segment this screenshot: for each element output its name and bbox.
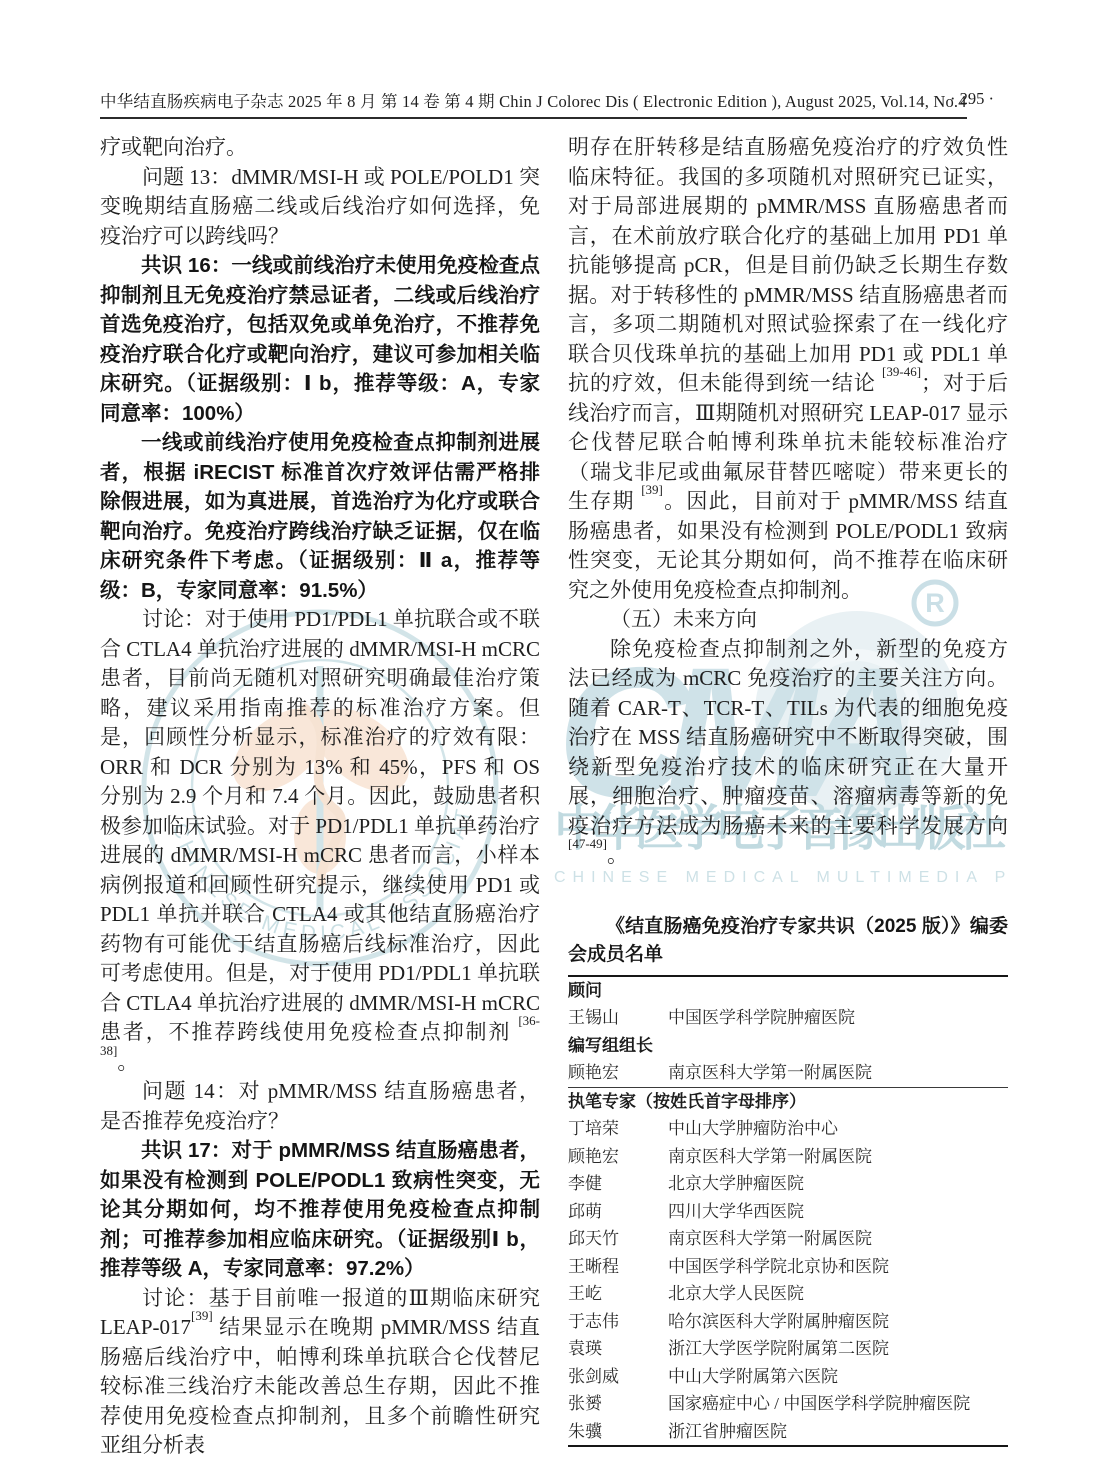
member-affiliation: 哈尔滨医科大学附属肿瘤医院 — [668, 1308, 1008, 1336]
committee-group-header: 执笔专家（按姓氏首字母排序） — [568, 1088, 1008, 1116]
right-column-paragraphs: 明存在肝转移是结直肠癌免疫治疗的疗效负性临床特征。我国的多项随机对照研究已证实，… — [568, 133, 1008, 871]
page-header: 中华结直肠疾病电子杂志 2025 年 8 月 第 14 卷 第 4 期 Chin… — [100, 88, 1008, 119]
committee-table: 顾问王锡山中国医学科学院肿瘤医院编写组组长顾艳宏南京医科大学第一附属医院执笔专家… — [568, 975, 1008, 1448]
member-name: 张剑威 — [568, 1363, 668, 1391]
member-affiliation: 浙江省肿瘤医院 — [668, 1418, 1008, 1446]
paragraph: 明存在肝转移是结直肠癌免疫治疗的疗效负性临床特征。我国的多项随机对照研究已证实，… — [568, 133, 1008, 605]
committee-row: 丁培荣中山大学肿瘤防治中心 — [568, 1115, 1008, 1143]
member-name: 李健 — [568, 1170, 668, 1198]
member-name: 邱萌 — [568, 1198, 668, 1226]
committee-row: 邱天竹南京医科大学第一附属医院 — [568, 1225, 1008, 1253]
member-affiliation: 南京医科大学第一附属医院 — [668, 1143, 1008, 1171]
paragraph: 疗或靶向治疗。 — [100, 133, 540, 163]
member-name: 朱骥 — [568, 1418, 668, 1446]
paragraph: 讨论：基于目前唯一报道的Ⅲ期临床研究 LEAP-017[39] 结果显示在晚期 … — [100, 1284, 540, 1461]
committee-section-block: 《结直肠癌免疫治疗专家共识（2025 版）》编委会成员名单 顾问王锡山中国医学科… — [568, 913, 1008, 1448]
member-affiliation: 中山大学附属第六医院 — [668, 1363, 1008, 1391]
member-affiliation: 南京医科大学第一附属医院 — [668, 1059, 1008, 1087]
member-affiliation: 北京大学人民医院 — [668, 1280, 1008, 1308]
member-affiliation: 中国医学科学院北京协和医院 — [668, 1253, 1008, 1281]
member-name: 于志伟 — [568, 1308, 668, 1336]
member-name: 邱天竹 — [568, 1225, 668, 1253]
member-name: 顾艳宏 — [568, 1143, 668, 1171]
paragraph: 共识 16：一线或前线治疗未使用免疫检查点抑制剂且无免疫治疗禁忌证者，二线或后线… — [100, 251, 540, 428]
paragraph: 一线或前线治疗使用免疫检查点抑制剂进展者，根据 iRECIST 标准首次疗效评估… — [100, 428, 540, 605]
committee-row: 张赟国家癌症中心 / 中国医学科学院肿瘤医院 — [568, 1390, 1008, 1418]
paragraph: 问题 14：对 pMMR/MSS 结直肠癌患者，是否推荐免疫治疗？ — [100, 1077, 540, 1136]
page-number: · 295 · — [950, 89, 994, 109]
paragraph: 问题 13：dMMR/MSI-H 或 POLE/POLD1 突变晚期结直肠癌二线… — [100, 163, 540, 252]
member-affiliation: 浙江大学医学院附属第二医院 — [668, 1335, 1008, 1363]
left-column: 疗或靶向治疗。问题 13：dMMR/MSI-H 或 POLE/POLD1 突变晚… — [100, 133, 540, 1461]
committee-group-header: 编写组组长 — [568, 1032, 1008, 1060]
committee-row: 邱萌四川大学华西医院 — [568, 1198, 1008, 1226]
committee-row: 袁瑛浙江大学医学院附属第二医院 — [568, 1335, 1008, 1363]
member-name: 王屹 — [568, 1280, 668, 1308]
paragraph: （五）未来方向 — [568, 605, 1008, 635]
paragraph: 讨论：对于使用 PD1/PDL1 单抗联合或不联合 CTLA4 单抗治疗进展的 … — [100, 605, 540, 1077]
committee-row: 于志伟哈尔滨医科大学附属肿瘤医院 — [568, 1308, 1008, 1336]
member-name: 张赟 — [568, 1390, 668, 1418]
paragraph: 除免疫检查点抑制剂之外，新型的免疫方法已经成为 mCRC 免疫治疗的主要关注方向… — [568, 635, 1008, 871]
committee-row: 李健北京大学肿瘤医院 — [568, 1170, 1008, 1198]
member-name: 丁培荣 — [568, 1115, 668, 1143]
committee-row: 张剑威中山大学附属第六医院 — [568, 1363, 1008, 1391]
member-affiliation: 中山大学肿瘤防治中心 — [668, 1115, 1008, 1143]
member-affiliation: 北京大学肿瘤医院 — [668, 1170, 1008, 1198]
committee-group-header: 顾问 — [568, 977, 1008, 1005]
committee-row: 王晰程中国医学科学院北京协和医院 — [568, 1253, 1008, 1281]
paragraph: 共识 17：对于 pMMR/MSS 结直肠癌患者，如果没有检测到 POLE/PO… — [100, 1136, 540, 1284]
member-affiliation: 中国医学科学院肿瘤医院 — [668, 1004, 1008, 1032]
committee-group: 编写组组长顾艳宏南京医科大学第一附属医院 — [568, 1032, 1008, 1087]
member-name: 顾艳宏 — [568, 1059, 668, 1087]
member-affiliation: 四川大学华西医院 — [668, 1198, 1008, 1226]
committee-row: 顾艳宏南京医科大学第一附属医院 — [568, 1059, 1008, 1087]
member-name: 王锡山 — [568, 1004, 668, 1032]
committee-row: 顾艳宏南京医科大学第一附属医院 — [568, 1143, 1008, 1171]
member-affiliation: 国家癌症中心 / 中国医学科学院肿瘤医院 — [668, 1390, 1008, 1418]
committee-row: 王屹北京大学人民医院 — [568, 1280, 1008, 1308]
journal-title-line: 中华结直肠疾病电子杂志 2025 年 8 月 第 14 卷 第 4 期 Chin… — [100, 88, 967, 119]
committee-title: 《结直肠癌免疫治疗专家共识（2025 版）》编委会成员名单 — [568, 913, 1008, 969]
committee-group: 执笔专家（按姓氏首字母排序）丁培荣中山大学肿瘤防治中心顾艳宏南京医科大学第一附属… — [568, 1087, 1008, 1446]
right-column: 明存在肝转移是结直肠癌免疫治疗的疗效负性临床特征。我国的多项随机对照研究已证实，… — [568, 133, 1008, 1447]
member-name: 袁瑛 — [568, 1335, 668, 1363]
member-affiliation: 南京医科大学第一附属医院 — [668, 1225, 1008, 1253]
committee-group: 顾问王锡山中国医学科学院肿瘤医院 — [568, 977, 1008, 1032]
committee-row: 王锡山中国医学科学院肿瘤医院 — [568, 1004, 1008, 1032]
journal-page: { "header": { "journal_line": "中华结直肠疾病电子… — [0, 0, 1100, 1482]
member-name: 王晰程 — [568, 1253, 668, 1281]
committee-row: 朱骥浙江省肿瘤医院 — [568, 1418, 1008, 1446]
